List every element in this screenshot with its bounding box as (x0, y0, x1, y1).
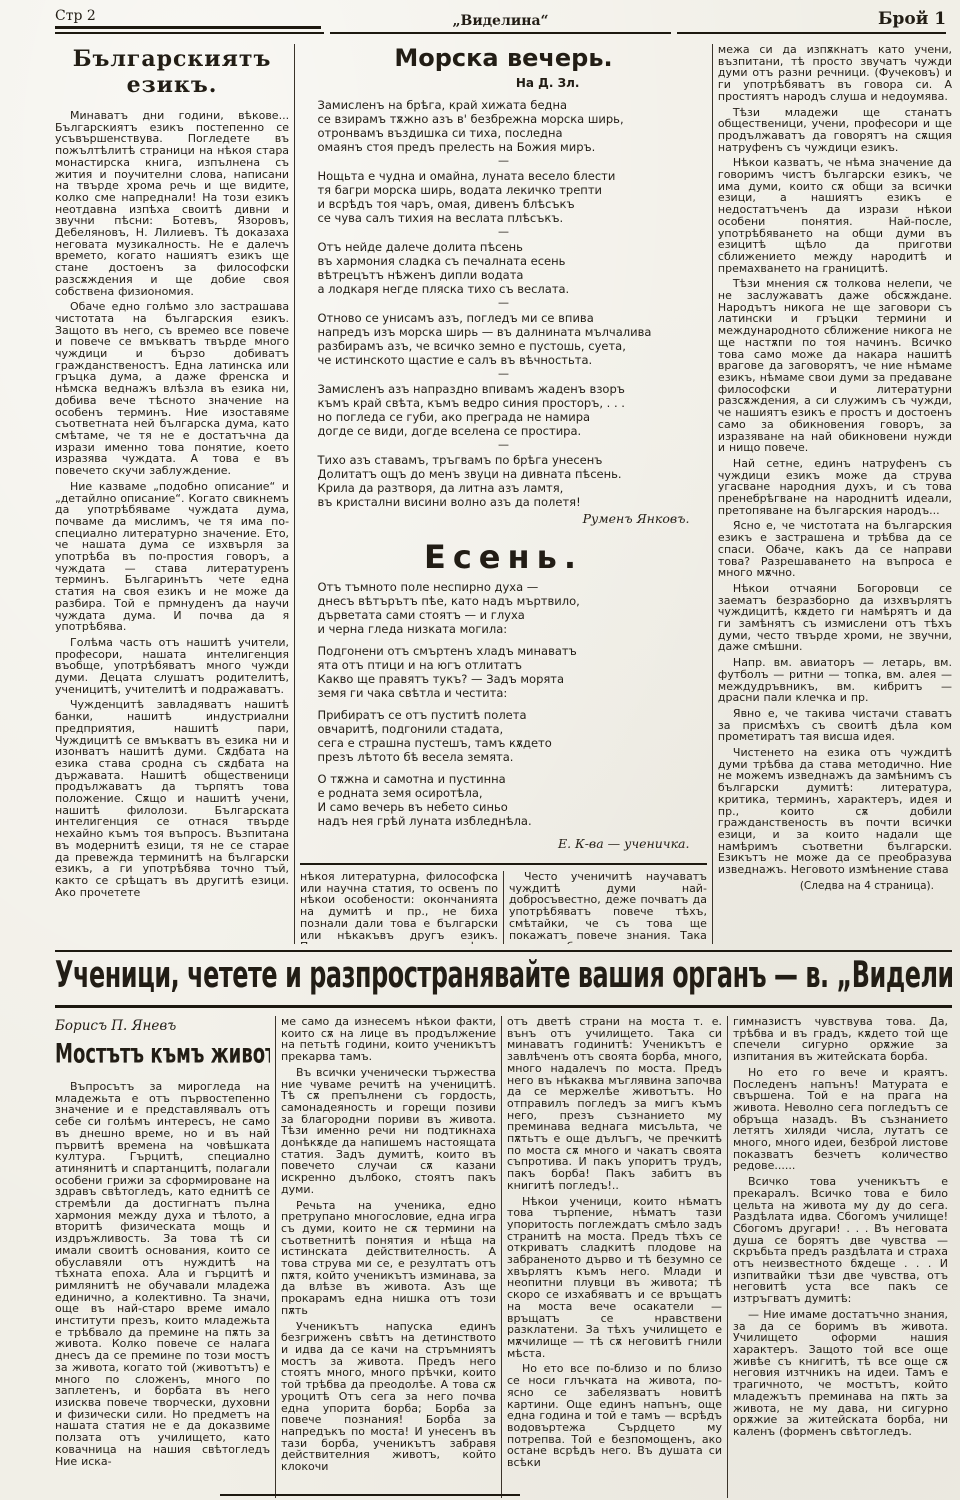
poem-stanza: Прибиратъ се отъ пуститѣ полета овчаритѣ… (317, 708, 689, 764)
page-bottom-rule (220, 1494, 520, 1496)
top-section: Българскиятъ езикъ. Минаватъ дни години,… (55, 44, 952, 944)
column-divider (503, 871, 504, 944)
article-paragraph: Често ученичитѣ научаватъ чуждитѣ думи н… (509, 871, 707, 944)
subcolumn-right: Често ученичитѣ научаватъ чуждитѣ думи н… (509, 871, 707, 944)
article-paragraph: Нѣкои ученици, които нѣматъ това търпени… (507, 1196, 722, 1360)
article-paragraph: Ясно е, че чистотата на българския езикъ… (718, 520, 952, 579)
article-continuation-subcolumns: нѣкоя литературна, философска или научна… (300, 871, 707, 944)
article-paragraph: Чужденцитѣ завладяватъ нашитѣ банки, наш… (55, 699, 289, 898)
newspaper-page: Стр 2 „Виделина“ Брой 1 Българскиятъ ези… (0, 0, 960, 1500)
article-paragraph: Нѣкои казватъ, че нѣма значение да говор… (718, 157, 952, 274)
continuation-note: (Следва на 4 страница). (718, 880, 952, 892)
stanza-separator: — (317, 440, 689, 450)
poem-author-autumn: Е. К-ва — ученичка. (317, 836, 689, 851)
page-number: Стр 2 (55, 8, 324, 34)
article-paragraph: Но ето все по-близо и по близо се носи г… (507, 1363, 722, 1468)
poem-stanza: Замисленъ азъ напраздно впивамъ жаденъ в… (317, 382, 689, 438)
article-paragraph: Чистенето на езика отъ чуждитѣ думи трѣб… (718, 747, 952, 876)
article-paragraph: гимназистъ чувствува това. Да, трѣбва и … (733, 1016, 948, 1063)
article-paragraph: Нѣкои отчаяни Богоровци се заематъ безра… (718, 583, 952, 653)
article-paragraph: Минаватъ дни години, вѣкове... Български… (55, 110, 289, 297)
autumn-poem: Есень. Отъ тъмното поле неспирно духа — … (317, 532, 689, 851)
poem-stanza: Отново се унисамъ азъ, погледъ ми се впи… (317, 311, 689, 367)
article-paragraph: Най сетне, единъ натруфенъ съ чуждици ез… (718, 458, 952, 517)
article-paragraph: Явно е, че такива чистачи ставатъ за при… (718, 708, 952, 743)
issue-number: Брой 1 (677, 9, 946, 34)
poem-author-sea: Руменъ Янковъ. (317, 511, 689, 526)
subcolumn-left: нѣкоя литературна, философска или научна… (300, 871, 498, 944)
poem-stanza: Отъ тъмното поле неспирно духа — днесъ в… (317, 580, 689, 636)
column-divider (501, 1016, 502, 1498)
language-article-column-left: Българскиятъ езикъ. Минаватъ дни години,… (55, 44, 289, 944)
column-divider (727, 1016, 728, 1498)
stanza-separator: — (317, 227, 689, 237)
poem-dedication: На Д. Зл. (317, 76, 689, 90)
bridge-column-1: Борисъ П. Яневъ Мостътъ къмъ живота Въпр… (55, 1016, 270, 1498)
poem-stanza: Тихо азъ ставамъ, тръгвамъ по брѣга унес… (317, 453, 689, 509)
article-paragraph: ме само да изнесемъ нѣкои факти, които с… (281, 1016, 496, 1063)
article-paragraph: Обаче едно голѣмо зло застрашава чистота… (55, 301, 289, 477)
poem-stanza: Замисленъ на брѣга, край хижата бедна се… (317, 98, 689, 154)
column-divider (275, 1016, 276, 1498)
masthead-title: „Виделина“ (330, 13, 671, 34)
bridge-column-2: ме само да изнесемъ нѣкои факти, които с… (281, 1016, 496, 1498)
article-paragraph: Тѣзи мнения сѫ толкова нелепи, че не зас… (718, 278, 952, 454)
middle-column: Морска вечерь. На Д. Зл. Замисленъ на бр… (300, 44, 707, 944)
stanza-separator: — (317, 298, 689, 308)
article-title-bridge: Мостътъ къмъ живота (55, 1040, 231, 1070)
sea-poem: Морска вечерь. На Д. Зл. Замисленъ на бр… (317, 44, 689, 526)
poem-title-autumn: Есень. (317, 538, 689, 576)
bridge-column-4: гимназистъ чувствува това. Да, трѣбва и … (733, 1016, 948, 1498)
column-divider (294, 44, 295, 944)
page-header: Стр 2 „Виделина“ Брой 1 (55, 8, 952, 34)
article-paragraph: Всичко това ученикътъ е прекаралъ. Всичк… (733, 1176, 948, 1305)
article-byline: Борисъ П. Яневъ (55, 1018, 270, 1034)
article-paragraph: Напр. вм. авиаторъ — летарь, вм. футболъ… (718, 657, 952, 704)
article-paragraph: Ние казваме „подобно описание“ и „детайл… (55, 481, 289, 633)
article-paragraph: Въпросътъ за мирогледа на младежьта е от… (55, 1081, 270, 1467)
article-paragraph: отъ дветѣ страни на моста т. е. вънъ отъ… (507, 1016, 722, 1192)
column-divider (712, 44, 713, 944)
stanza-separator: — (317, 369, 689, 379)
section-rule (300, 863, 707, 865)
stanza-separator: — (317, 156, 689, 166)
article-paragraph: Но ето го вече и краятъ. Последенъ напън… (733, 1067, 948, 1172)
poem-stanza: Отъ нейде далече долита пѣсень въ хармон… (317, 240, 689, 296)
article-paragraph: Ученикътъ напуска единъ безгриженъ свѣтъ… (281, 1321, 496, 1473)
article-title-language: Българскиятъ езикъ. (55, 46, 289, 98)
language-article-column-right: межа си да изпѫкнатъ като учени, възпита… (718, 44, 952, 944)
bridge-column-3: отъ дветѣ страни на моста т. е. вънъ отъ… (507, 1016, 722, 1498)
banner: Ученици, четете и разпространявайте ваши… (55, 950, 952, 1008)
poem-title-sea: Морска вечерь. (317, 44, 689, 72)
poem-stanza: Нощьта е чудна и омайна, луната весело б… (317, 169, 689, 225)
article-paragraph: — Ние имаме достатъчно знания, за да се … (733, 1309, 948, 1438)
banner-headline: Ученици, четете и разпространявайте ваши… (55, 955, 880, 997)
article-paragraph: Въ всички ученически тържества ние чувам… (281, 1067, 496, 1196)
article-paragraph: Речьта на ученика, едно претрупано много… (281, 1200, 496, 1317)
article-paragraph: Тѣзи младежи ще станатъ общественици, уч… (718, 107, 952, 154)
article-paragraph: нѣкоя литературна, философска или научна… (300, 871, 498, 944)
poem-stanza: Подгонени отъ смъртенъ хладъ минаватъ ят… (317, 644, 689, 700)
page-content: Стр 2 „Виделина“ Брой 1 Българскиятъ ези… (55, 8, 952, 1498)
article-paragraph: межа си да изпѫкнатъ като учени, възпита… (718, 44, 952, 103)
bridge-article: Борисъ П. Яневъ Мостътъ къмъ живота Въпр… (55, 1016, 952, 1498)
article-paragraph: Голѣма часть отъ нашитѣ учители, професо… (55, 637, 289, 696)
poem-stanza: О тѫжна и самотна и пустинна е родната з… (317, 772, 689, 828)
